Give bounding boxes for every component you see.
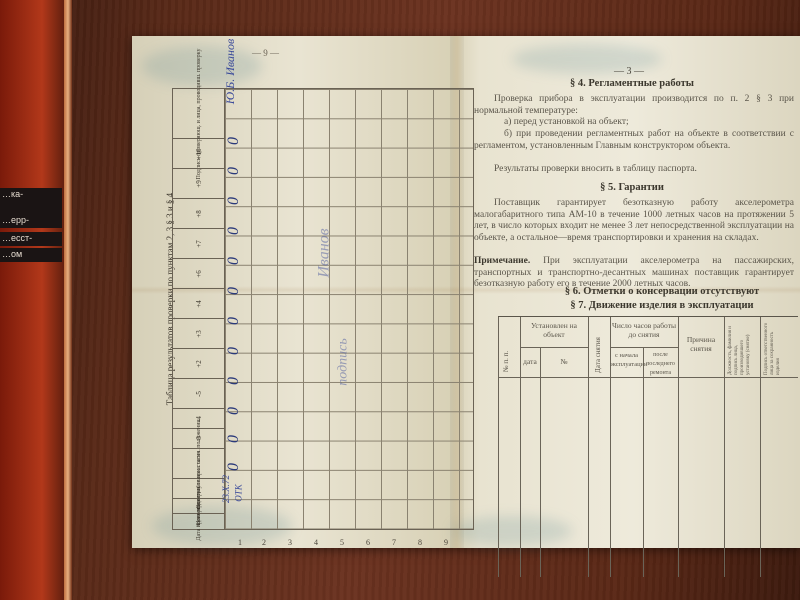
col-line [643,347,644,577]
value-cell: 0 [225,287,243,295]
handwritten-date: 23.X.72 [221,475,231,503]
col-line [760,317,761,577]
header-rule [610,347,678,348]
book-edge [64,0,72,600]
movement-table: № п. п. Установлен на объект дата № Дата… [498,316,798,577]
row-number: 5 [340,538,344,547]
book-text-1: …ка- [0,188,62,214]
row-number: 4 [314,538,318,547]
section-4-item-b: б) при проведении регламентных работ на … [474,129,794,152]
header-point-6: +6 [173,259,225,289]
header-point-7: +7 [173,229,225,259]
results-table: Таблица результатов проверки по пунктам … [150,84,380,538]
stain [142,46,262,86]
header-point-9: +9 [173,169,225,199]
book-text-2: …ерр- [0,214,62,228]
header-signature: Подпись проверяющ. и лица, проводивш. пр… [173,89,225,139]
header-date: Дата проверки [173,514,225,529]
value-cell: 0 [225,317,243,325]
row-number: 3 [288,538,292,547]
col-line [540,347,541,577]
col-installed: Установлен на объект [520,321,588,339]
value-cell: 0 [225,257,243,265]
col-line [588,317,589,577]
header-point-3: +3 [173,319,225,349]
value-cell: 0 [225,167,243,175]
col-line [520,317,521,577]
col-removal-date: Дата снятия [594,337,602,373]
value-cell: 0 [225,463,243,471]
section-6-title: § 6. Отметки о консервации отсутствуют [524,286,800,297]
handwritten-purpose: ОТК [234,484,244,501]
header-point-m5: -5 [173,379,225,409]
section-4-text: Проверка прибора в эксплуатации производ… [474,94,794,117]
col-line [498,317,499,577]
document-sheet: — 9 — Таблица результатов проверки по пу… [132,36,800,548]
value-cell: 0 [225,435,243,443]
faded-mark: подпись [336,338,352,385]
col-line [678,317,679,577]
left-page-number: — 9 — [252,48,279,58]
value-cell: 0 [225,227,243,235]
section-7-title: § 7. Движение изделия в эксплуатации [524,300,800,311]
results-grid [224,88,474,530]
row-number: 9 [444,538,448,547]
section-4-result: Результаты проверки вносить в таблицу па… [474,164,794,176]
col-position: Должность, фамилия и подпись лица, произ… [728,319,752,375]
header-rule [520,347,588,348]
row-number: 6 [366,538,370,547]
col-reason: Причина снятия [678,335,724,353]
col-signature: Подпись ответственного лица за сохраннос… [764,319,782,375]
header-point-4: +4 [173,289,225,319]
note-label: Примечание. [474,256,530,266]
col-hours-start: с начала эксплуатации [610,351,643,369]
value-cell: 0 [225,377,243,385]
background-book: …ка- …ерр- …есст- …ом [0,0,70,600]
book-text-3: …есст- [0,232,62,246]
section-4-item-a: а) перед установкой на объект; [504,117,794,129]
value-cell: 0 [225,197,243,205]
value-cell: 0 [225,137,243,145]
handwritten-signature: Ю.Б. Иванов [223,39,238,104]
header-point-10: +10 [173,139,225,169]
col-installed-date: дата [520,357,540,366]
col-hours: Число часов работы до снятия [610,321,678,339]
value-cell: 0 [225,347,243,355]
row-number: 1 [238,538,242,547]
col-hours-repair: после последнего ремонта [643,351,678,378]
section-5-title: § 5. Гарантии [464,182,800,193]
book-text-4: …ом [0,248,62,262]
results-table-header: Подпись проверяющ. и лица, проводивш. пр… [172,88,226,530]
value-cell: 0 [225,407,243,415]
faded-mark: Иванов [316,228,334,277]
col-line [724,317,725,577]
row-number: 7 [392,538,396,547]
section-4-title: § 4. Регламентные работы [464,78,800,89]
right-page-number: — 3 — [614,66,644,77]
row-number: 8 [418,538,422,547]
right-page: — 3 — § 4. Регламентные работы Проверка … [464,36,800,548]
section-5-text: Поставщик гарантирует безотказную работу… [474,198,794,244]
row-number: 2 [262,538,266,547]
col-no: № п. п. [502,351,510,372]
col-installed-no: № [540,357,588,366]
header-point-2: +2 [173,349,225,379]
header-point-8: +8 [173,199,225,229]
